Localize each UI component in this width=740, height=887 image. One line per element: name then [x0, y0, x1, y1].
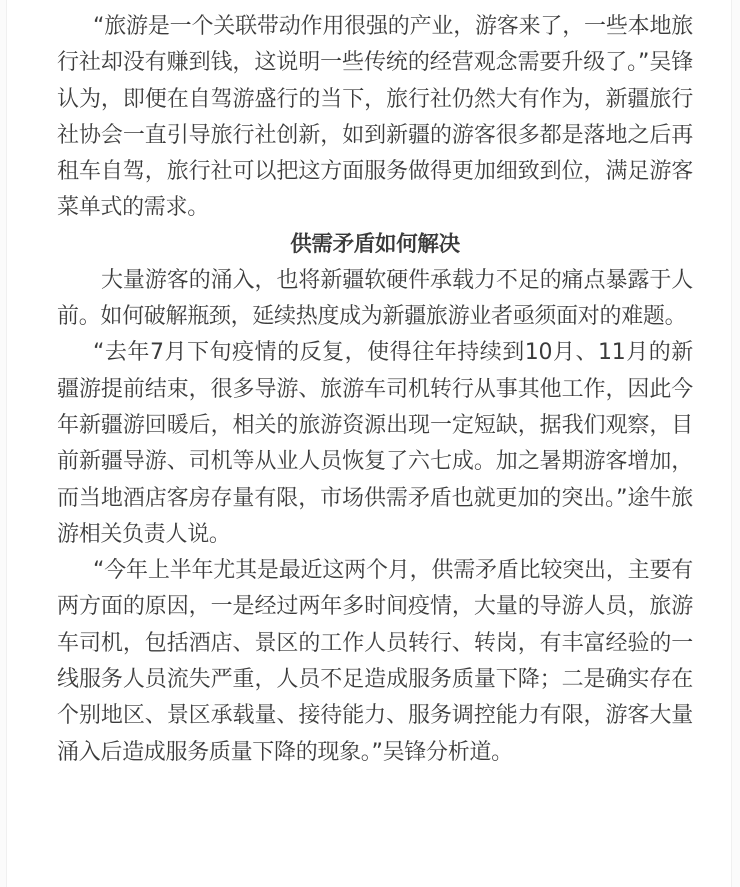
- paragraph-wufeng-analysis: “今年上半年尤其是最近这两个月，供需矛盾比较突出，主要有两方面的原因，一是经过两…: [57, 553, 693, 771]
- paragraph-capacity-pain-points: 大量游客的涌入，也将新疆软硬件承载力不足的痛点暴露于人前。如何破解瓶颈，延续热度…: [57, 263, 693, 336]
- paragraph-travel-agency-upgrade: “旅游是一个关联带动作用很强的产业，游客来了，一些本地旅行社却没有赚到钱，这说明…: [57, 9, 693, 227]
- document-page: “旅游是一个关联带动作用很强的产业，游客来了，一些本地旅行社却没有赚到钱，这说明…: [6, 0, 732, 887]
- article-body: “旅游是一个关联带动作用很强的产业，游客来了，一些本地旅行社却没有赚到钱，这说明…: [57, 9, 693, 771]
- paragraph-tuniu-quote: “去年7月下旬疫情的反复，使得往年持续到10月、11月的新疆游提前结束，很多导游…: [57, 335, 693, 553]
- section-heading: 供需矛盾如何解决: [57, 227, 693, 263]
